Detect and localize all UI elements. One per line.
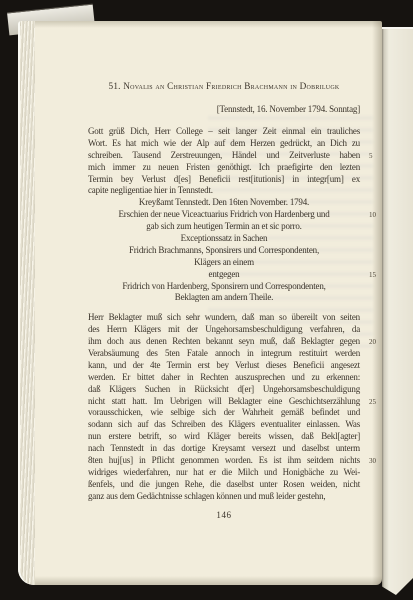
text-line: 8ten huj[us] in Pflicht genommen worden.…	[88, 455, 360, 467]
photo-background: 51. Novalis an Christian Friedrich Brach…	[0, 0, 413, 600]
text-line-content: Termin bey Verlust d[es] Beneficii rest[…	[88, 174, 360, 184]
margin-line-number: 15	[369, 270, 376, 280]
text-line-content: gab sich zum heutigen Termin an et sic p…	[146, 221, 301, 231]
text-line: ganz aus dem Gedächtnisse schlagen könne…	[88, 491, 360, 503]
text-line: Termin bey Verlust d[es] Beneficii rest[…	[88, 174, 360, 186]
text-line: Verabsäumung des 5ten Fatale annoch in i…	[88, 348, 360, 360]
text-line-content: des Herrn Klägers mit der Ungehorsamsbes…	[88, 324, 360, 334]
text-line: schreiben. Tausend Zerstreuungen, Händel…	[88, 150, 360, 162]
text-line-content: vorausschicken, wie selbige sich der Wah…	[88, 407, 360, 417]
text-line: Erschien der neue Viceactuarius Fridrich…	[88, 209, 360, 221]
text-line: Beklagten am andern Theile.	[88, 292, 360, 304]
text-line: daß Klägers Suchen in Rücksicht d[er] Un…	[88, 384, 360, 396]
text-line: Gott grüß Dich, Herr College – seit lang…	[88, 126, 360, 138]
text-line: des Herrn Klägers mit der Ungehorsamsbes…	[88, 324, 360, 336]
margin-line-number: 30	[369, 456, 376, 466]
text-line: Exceptionssatz in Sachen	[88, 233, 360, 245]
text-line-content: Wort. Es hat mich wie der Alp auf dem He…	[88, 138, 360, 148]
text-line: nach Tennstedt in das dortige Kreysamt v…	[88, 443, 360, 455]
text-line-content: Herr Beklagter muß sich sehr wundern, da…	[88, 312, 360, 322]
text-line-content: Fridrich Brachmanns, Sponsirers und Corr…	[129, 245, 319, 255]
text-line-content: schreiben. Tausend Zerstreuungen, Händel…	[88, 150, 360, 160]
text-line-content: nach Tennstedt in das dortige Kreysamt v…	[88, 443, 360, 453]
text-line-content: sodann sich auf das Schreiben des Kläger…	[88, 419, 360, 429]
text-line: Fridrich von Hardenberg, Sponsirern und …	[88, 281, 360, 293]
text-line-content: Gott grüß Dich, Herr College – seit lang…	[88, 126, 360, 136]
text-line-content: 8ten huj[us] in Pflicht genommen worden.…	[88, 455, 360, 465]
text-line-content: entgegen	[209, 269, 240, 279]
text-line: widriges wiederfahren, nur hat er die Mi…	[88, 467, 360, 479]
letter-heading: 51. Novalis an Christian Friedrich Brach…	[88, 80, 360, 92]
text-line: Fridrich Brachmanns, Sponsirers und Corr…	[88, 245, 360, 257]
text-line-content: nun erstere betrift, so wird Kläger bere…	[88, 431, 360, 441]
text-line-content: daß Klägers Suchen in Rücksicht d[er] Un…	[88, 384, 360, 394]
text-line: Kreyßamt Tennstedt. Den 16ten November. …	[88, 197, 360, 209]
text-line-content: mich immer zu neuen Fristen genöthigt. I…	[88, 162, 360, 172]
text-line-content: ihm doch aus denen Rechten bekannt seyn …	[88, 336, 360, 346]
margin-line-number: 25	[369, 397, 376, 407]
letter-text-area: 51. Novalis an Christian Friedrich Brach…	[88, 80, 360, 521]
text-line-content: werden. Er bittet daher in Rechten auszu…	[88, 372, 360, 382]
text-line: nicht statt hatt. Im Uebrigen will Bekla…	[88, 396, 360, 408]
page-stack-edge	[18, 21, 35, 585]
text-line: Klägers an einem	[88, 257, 360, 269]
text-line: werden. Er bittet daher in Rechten auszu…	[88, 372, 360, 384]
margin-line-number: 5	[369, 151, 373, 161]
text-line: vorausschicken, wie selbige sich der Wah…	[88, 407, 360, 419]
margin-line-number: 20	[369, 337, 376, 347]
text-line: kann, und der 4te Termin erst bey Verlus…	[88, 360, 360, 372]
book-page: 51. Novalis an Christian Friedrich Brach…	[18, 21, 382, 585]
text-line-content: Fridrich von Hardenberg, Sponsirern und …	[122, 281, 325, 291]
text-line-content: Beklagten am andern Theile.	[175, 292, 273, 302]
text-line: Herr Beklagter muß sich sehr wundern, da…	[88, 312, 360, 324]
page-number: 146	[88, 509, 360, 521]
text-line: nun erstere betrift, so wird Kläger bere…	[88, 431, 360, 443]
text-line: entgegen15	[88, 269, 360, 281]
text-line: capite negligentiae hier in Tennstedt.	[88, 185, 360, 197]
body-lines: Gott grüß Dich, Herr College – seit lang…	[88, 126, 360, 503]
text-line: ihm doch aus denen Rechten bekannt seyn …	[88, 336, 360, 348]
text-line: sodann sich auf das Schreiben des Kläger…	[88, 419, 360, 431]
text-line: ßenfels, und die jungen Rehe, die daselb…	[88, 479, 360, 491]
text-line: mich immer zu neuen Fristen genöthigt. I…	[88, 162, 360, 174]
text-line-content: Kreyßamt Tennstedt. Den 16ten November. …	[139, 197, 309, 207]
text-line-content: capite negligentiae hier in Tennstedt.	[88, 185, 213, 195]
margin-line-number: 10	[369, 210, 376, 220]
text-line-content: kann, und der 4te Termin erst bey Verlus…	[88, 360, 360, 370]
text-line-content: Klägers an einem	[194, 257, 254, 267]
text-line-content: nicht statt hatt. Im Uebrigen will Bekla…	[88, 396, 360, 406]
text-line-content: Exceptionssatz in Sachen	[181, 233, 268, 243]
facing-page-edge	[382, 27, 413, 595]
text-line: Wort. Es hat mich wie der Alp auf dem He…	[88, 138, 360, 150]
text-line-content: widriges wiederfahren, nur hat er die Mi…	[88, 467, 360, 477]
text-line-content: Erschien der neue Viceactuarius Fridrich…	[119, 209, 330, 219]
text-line-content: ßenfels, und die jungen Rehe, die daselb…	[88, 479, 360, 489]
text-line: gab sich zum heutigen Termin an et sic p…	[88, 221, 360, 233]
text-line-content: Verabsäumung des 5ten Fatale annoch in i…	[88, 348, 360, 358]
text-line-content: ganz aus dem Gedächtnisse schlagen könne…	[88, 491, 325, 501]
letter-dateline: [Tennstedt, 16. November 1794. Sonntag]	[88, 103, 360, 115]
